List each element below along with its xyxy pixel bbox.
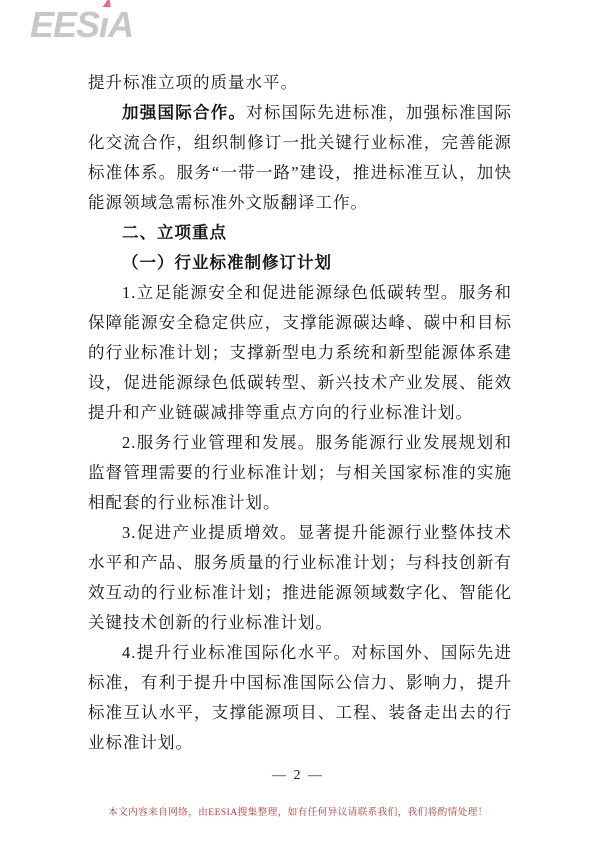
section-heading: 二、立项重点 [88, 218, 512, 248]
logo-letter-i: ı [99, 4, 108, 46]
logo-i-stem: ı [99, 4, 108, 45]
list-item-2: 2.服务行业管理和发展。服务能源行业发展规划和监督管理需要的行业标准计划；与相关… [88, 428, 512, 518]
paragraph-continuation: 提升标准立项的质量水平。 [88, 68, 512, 98]
list-item-3: 3.促进产业提质增效。显著提升能源行业整体技术水平和产品、服务质量的行业标准计划… [88, 518, 512, 638]
subsection-heading: （一）行业标准制修订计划 [88, 248, 512, 278]
footer-disclaimer: 本文内容来自网络，由EESIA搜集整理，如有任何异议请联系我们，我们将酌情处理！ [0, 804, 596, 818]
page-number: — 2 — [0, 768, 596, 784]
logo-text-post: A [108, 4, 133, 45]
document-page: EESıA 提升标准立项的质量水平。 加强国际合作。对标国际先进标准，加强标准国… [0, 0, 596, 842]
document-body: 提升标准立项的质量水平。 加强国际合作。对标国际先进标准，加强标准国际化交流合作… [88, 68, 512, 758]
eesia-logo: EESıA [30, 4, 133, 46]
logo-text-pre: EES [30, 4, 99, 45]
list-item-4: 4.提升行业标准国际化水平。对标国外、国际先进标准，有利于提升中国标准国际公信力… [88, 638, 512, 758]
paragraph-international-cooperation: 加强国际合作。对标国际先进标准，加强标准国际化交流合作，组织制修订一批关键行业标… [88, 98, 512, 218]
paragraph-bold-lead: 加强国际合作。 [122, 103, 246, 122]
list-item-1: 1.立足能源安全和促进能源绿色低碳转型。服务和保障能源安全稳定供应，支撑能源碳达… [88, 278, 512, 428]
